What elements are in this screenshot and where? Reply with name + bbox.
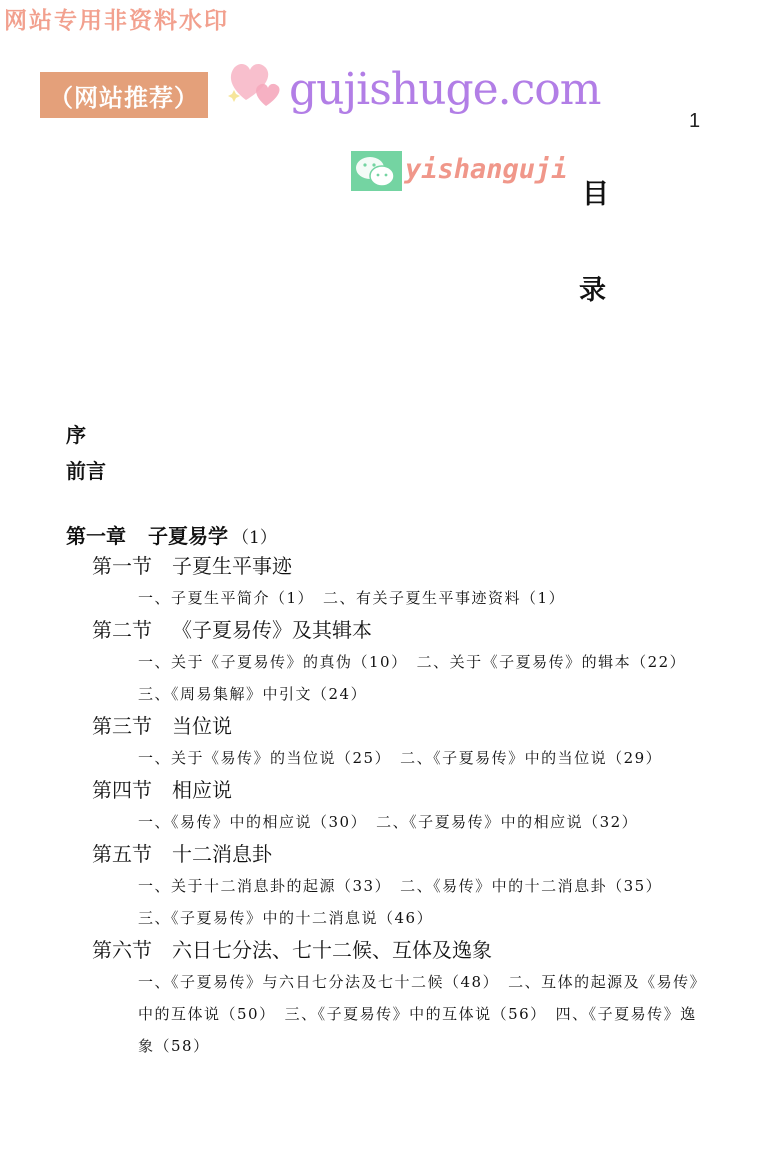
section-items: 一、子夏生平简介（1） 二、有关子夏生平事迹资料（1）	[138, 582, 704, 614]
section-label: 第一节	[92, 554, 152, 578]
chapter-title: 子夏易学	[148, 524, 228, 548]
section-title: 十二消息卦	[172, 842, 272, 866]
toc-section: 第五节十二消息卦	[92, 838, 712, 870]
section-items: 一、关于十二消息卦的起源（33） 二、《易传》中的十二消息卦（35） 三、《子夏…	[138, 870, 704, 934]
toc-section: 第四节相应说	[92, 774, 712, 806]
watermark-text: 网站专用非资料水印	[4, 2, 229, 35]
wechat-id-watermark: yishanguji	[405, 150, 568, 190]
section-label: 第三节	[92, 714, 152, 738]
section-title: 《子夏易传》及其辑本	[172, 618, 372, 642]
section-items: 一、关于《易传》的当位说（25） 二、《子夏易传》中的当位说（29）	[138, 742, 704, 774]
chapter-label: 第一章	[66, 524, 126, 548]
toc-preface: 序	[66, 419, 86, 448]
section-items: 一、关于《子夏易传》的真伪（10） 二、关于《子夏易传》的辑本（22） 三、《周…	[138, 646, 704, 710]
section-title: 相应说	[172, 778, 232, 802]
chapter-page: （1）	[232, 528, 277, 548]
section-label: 第六节	[92, 938, 152, 962]
toc-section: 第六节六日七分法、七十二候、互体及逸象	[92, 934, 712, 966]
site-watermark: gujishuge.com	[289, 62, 601, 118]
page-number: 1	[689, 110, 700, 133]
section-items: 一、《子夏易传》与六日七分法及七十二候（48） 二、互体的起源及《易传》中的互体…	[138, 966, 704, 1062]
hearts-icon	[226, 56, 288, 110]
recommend-badge: （网站推荐）	[40, 72, 208, 118]
section-label: 第二节	[92, 618, 152, 642]
page-title-char-1: 目	[582, 172, 609, 211]
section-label: 第五节	[92, 842, 152, 866]
section-title: 六日七分法、七十二候、互体及逸象	[172, 938, 492, 962]
toc-section: 第二节《子夏易传》及其辑本	[92, 614, 712, 646]
section-title: 当位说	[172, 714, 232, 738]
page-title-char-2: 录	[579, 268, 606, 307]
toc-foreword: 前言	[66, 455, 106, 484]
section-title: 子夏生平事迹	[172, 554, 292, 578]
wechat-icon	[351, 151, 402, 191]
toc-chapter: 第一章子夏易学（1）	[66, 520, 277, 549]
toc-sections: 第一节子夏生平事迹 一、子夏生平简介（1） 二、有关子夏生平事迹资料（1） 第二…	[92, 550, 712, 1062]
toc-section: 第三节当位说	[92, 710, 712, 742]
section-items: 一、《易传》中的相应说（30） 二、《子夏易传》中的相应说（32）	[138, 806, 704, 838]
section-label: 第四节	[92, 778, 152, 802]
toc-section: 第一节子夏生平事迹	[92, 550, 712, 582]
